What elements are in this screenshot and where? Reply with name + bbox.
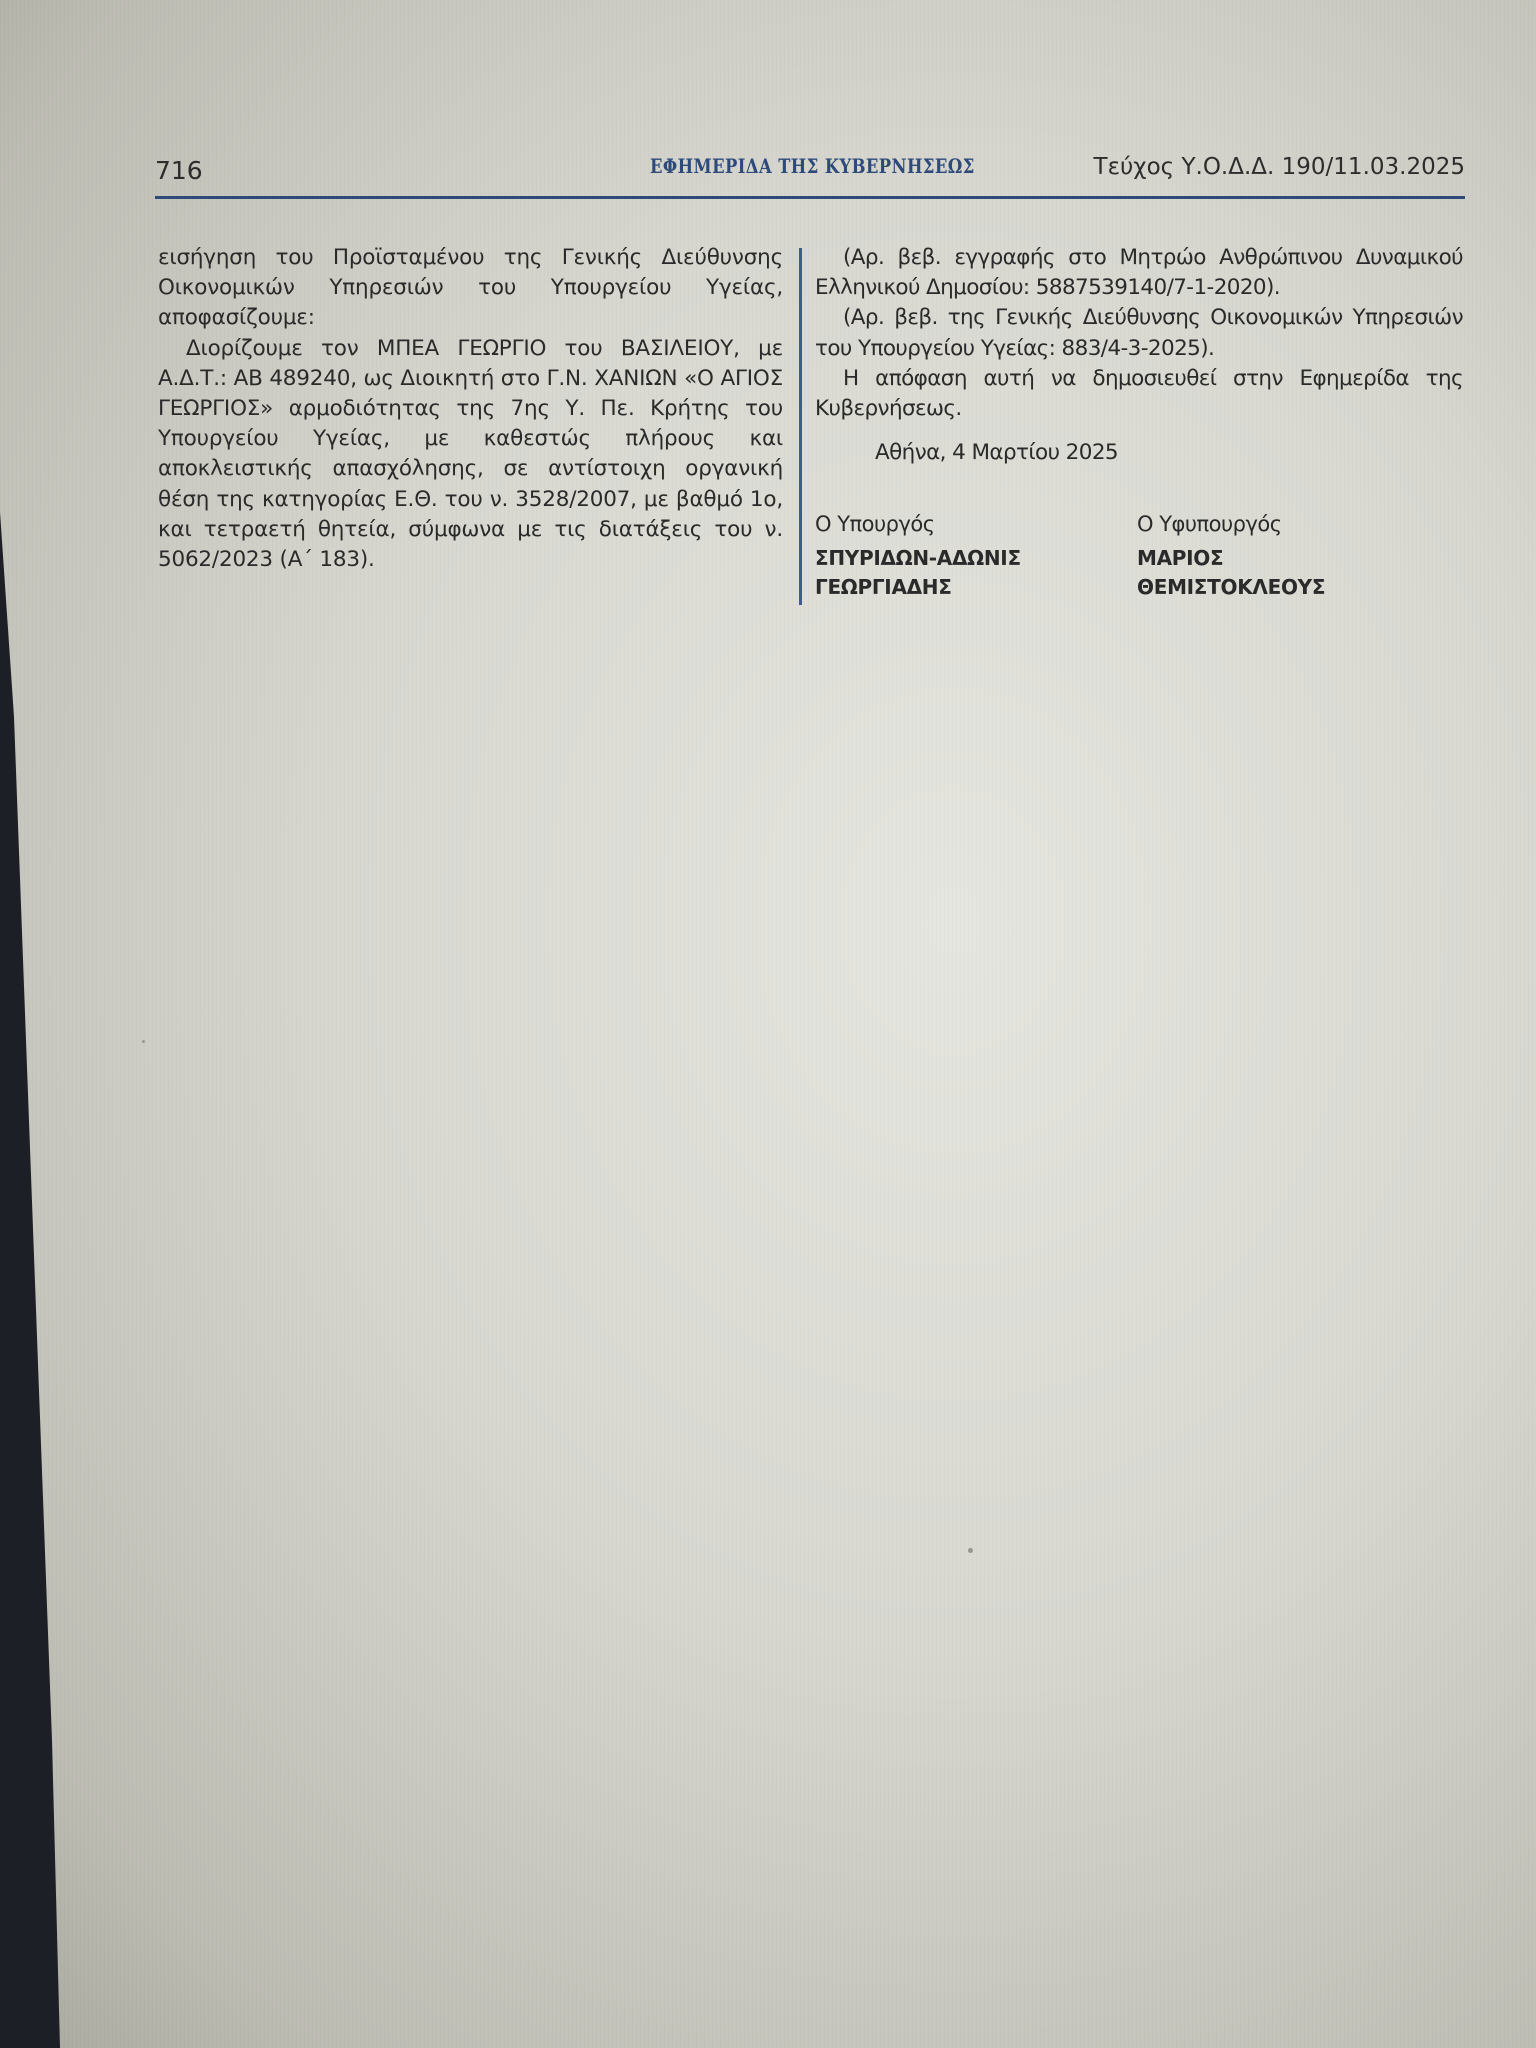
gazette-title: ΕΦΗΜΕΡΙΔΑ ΤΗΣ ΚΥΒΕΡΝΗΣΕΩΣ <box>650 154 975 178</box>
paragraph-recommendation: εισήγηση του Προϊσταμένου της Γενικής Δι… <box>158 243 783 334</box>
paper-speck <box>142 1040 145 1043</box>
column-divider <box>799 248 802 605</box>
place-date: Αθήνα, 4 Μαρτίου 2025 <box>815 438 1463 468</box>
signatory-name-line2: ΓΕΩΡΓΙΑΔΗΣ <box>815 573 1135 602</box>
paragraph-registry-certificate: (Αρ. βεβ. εγγραφής στο Μητρώο Ανθρώπινου… <box>815 243 1463 303</box>
signatory-role: Ο Υφυπουργός <box>1137 512 1457 536</box>
signatory-name-line1: ΣΠΥΡΙΔΩΝ-ΑΔΩΝΙΣ <box>815 544 1135 573</box>
gazette-page: 716 ΕΦΗΜΕΡΙΔΑ ΤΗΣ ΚΥΒΕΡΝΗΣΕΩΣ Τεύχος Υ.Ο… <box>0 0 1536 2048</box>
signatory-deputy-minister: Ο Υφυπουργός ΜΑΡΙΟΣ ΘΕΜΙΣΤΟΚΛΕΟΥΣ <box>1137 512 1457 602</box>
page-number: 716 <box>155 156 203 185</box>
left-column: εισήγηση του Προϊσταμένου της Γενικής Δι… <box>158 243 783 575</box>
right-column: (Αρ. βεβ. εγγραφής στο Μητρώο Ανθρώπινου… <box>815 243 1463 468</box>
paper-speck <box>968 1548 973 1553</box>
signatory-name-line1: ΜΑΡΙΟΣ <box>1137 544 1457 573</box>
signatory-minister: Ο Υπουργός ΣΠΥΡΙΔΩΝ-ΑΔΩΝΙΣ ΓΕΩΡΓΙΑΔΗΣ <box>815 512 1135 602</box>
paragraph-publication-order: Η απόφαση αυτή να δημοσιευθεί στην Εφημε… <box>815 364 1463 424</box>
paragraph-finance-certificate: (Αρ. βεβ. της Γενικής Διεύθυνσης Οικονομ… <box>815 303 1463 363</box>
issue-reference: Τεύχος Υ.Ο.Δ.Δ. 190/11.03.2025 <box>1094 154 1465 180</box>
page-header: 716 ΕΦΗΜΕΡΙΔΑ ΤΗΣ ΚΥΒΕΡΝΗΣΕΩΣ Τεύχος Υ.Ο… <box>155 152 1465 199</box>
paragraph-appointment: Διορίζουμε τον ΜΠΕΑ ΓΕΩΡΓΙΟ του ΒΑΣΙΛΕΙΟ… <box>158 334 783 576</box>
signatory-role: Ο Υπουργός <box>815 512 1135 536</box>
signatory-name-line2: ΘΕΜΙΣΤΟΚΛΕΟΥΣ <box>1137 573 1457 602</box>
